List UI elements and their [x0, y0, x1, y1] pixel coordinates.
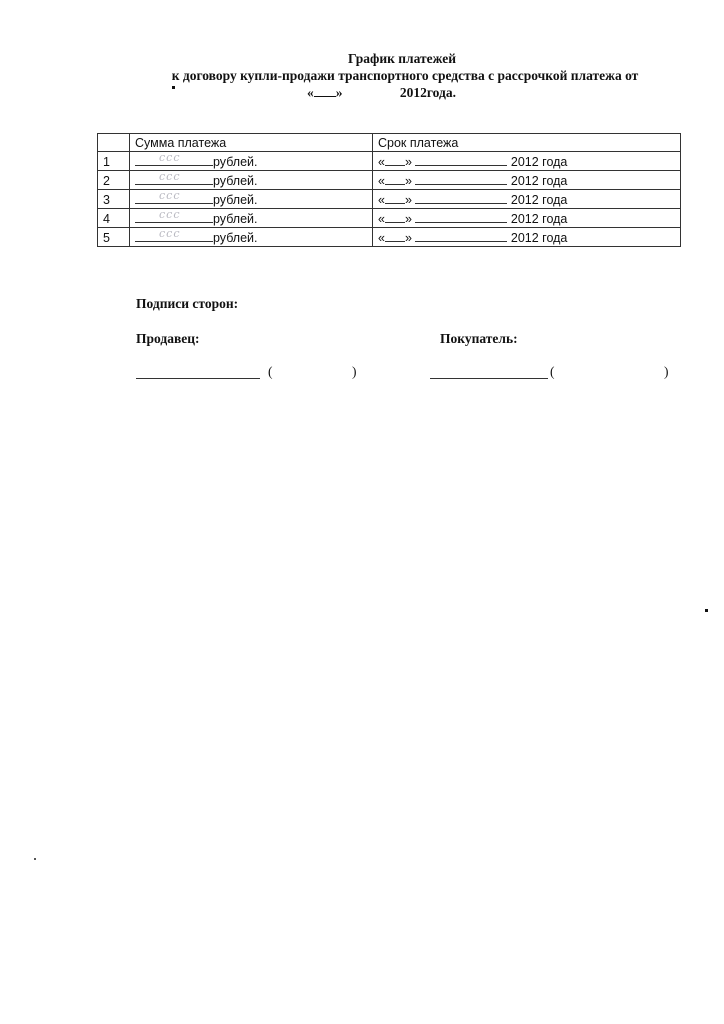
date-year: 2012 года	[511, 174, 568, 188]
table-row: 1cccрублей.«» 2012 года	[98, 152, 681, 171]
payment-amount-cell: cccрублей.	[130, 228, 373, 247]
day-blank	[385, 191, 405, 204]
day-blank	[314, 85, 336, 97]
row-number: 3	[98, 190, 130, 209]
payment-due-date-cell: «» 2012 года	[373, 228, 681, 247]
row-number: 2	[98, 171, 130, 190]
date-year: 2012 года	[511, 193, 568, 207]
buyer-label: Покупатель:	[440, 331, 518, 347]
amount-blank: ccc	[135, 191, 213, 204]
header-due-date: Срок платежа	[373, 134, 681, 152]
payment-due-date-cell: «» 2012 года	[373, 190, 681, 209]
date-open-quote: «	[378, 155, 385, 169]
day-blank	[385, 229, 405, 242]
table-header-row: Сумма платежа Срок платежа	[98, 134, 681, 152]
day-blank	[385, 210, 405, 223]
handwritten-amount: ccc	[159, 169, 180, 185]
document-subtitle: к договору купли-продажи транспортного с…	[43, 68, 724, 84]
table-row: 5cccрублей.«» 2012 года	[98, 228, 681, 247]
row-number: 5	[98, 228, 130, 247]
date-close-quote: »	[405, 231, 412, 245]
open-quote: «	[307, 85, 314, 100]
buyer-open-paren: (	[550, 364, 555, 380]
seller-label: Продавец:	[136, 331, 200, 347]
month-blank	[415, 229, 507, 242]
seller-signature-line	[136, 377, 260, 379]
day-blank	[385, 172, 405, 185]
date-close-quote: »	[405, 155, 412, 169]
month-blank	[415, 191, 507, 204]
table-row: 4cccрублей.«» 2012 года	[98, 209, 681, 228]
amount-blank: ccc	[135, 172, 213, 185]
payment-amount-cell: cccрублей.	[130, 209, 373, 228]
seller-close-paren: )	[352, 364, 357, 380]
payment-due-date-cell: «» 2012 года	[373, 171, 681, 190]
amount-blank: ccc	[135, 153, 213, 166]
handwritten-amount: ccc	[159, 188, 180, 204]
header-number	[98, 134, 130, 152]
table-row: 2cccрублей.«» 2012 года	[98, 171, 681, 190]
date-open-quote: «	[378, 174, 385, 188]
buyer-close-paren: )	[664, 364, 669, 380]
contract-year: 2012года.	[400, 85, 456, 100]
payment-due-date-cell: «» 2012 года	[373, 209, 681, 228]
payment-amount-cell: cccрублей.	[130, 171, 373, 190]
document-title: График платежей	[40, 51, 724, 67]
amount-blank: ccc	[135, 229, 213, 242]
date-year: 2012 года	[511, 231, 568, 245]
amount-currency: рублей.	[213, 174, 258, 188]
date-open-quote: «	[378, 193, 385, 207]
amount-blank: ccc	[135, 210, 213, 223]
close-quote: »	[336, 85, 343, 100]
amount-currency: рублей.	[213, 231, 258, 245]
date-year: 2012 года	[511, 212, 568, 226]
scan-speck	[705, 609, 708, 612]
amount-currency: рублей.	[213, 155, 258, 169]
payment-amount-cell: cccрублей.	[130, 190, 373, 209]
month-blank	[415, 153, 507, 166]
date-close-quote: »	[405, 174, 412, 188]
scan-speck	[34, 858, 36, 860]
scan-speck	[172, 86, 175, 89]
handwritten-amount: ccc	[159, 226, 180, 242]
signatures-heading: Подписи сторон:	[136, 296, 238, 312]
day-blank	[385, 153, 405, 166]
contract-date-line: «» 2012года.	[307, 85, 456, 101]
date-open-quote: «	[378, 212, 385, 226]
payment-due-date-cell: «» 2012 года	[373, 152, 681, 171]
seller-open-paren: (	[268, 364, 273, 380]
buyer-signature-line	[430, 377, 548, 379]
row-number: 4	[98, 209, 130, 228]
date-open-quote: «	[378, 231, 385, 245]
table-row: 3cccрублей.«» 2012 года	[98, 190, 681, 209]
handwritten-amount: ccc	[159, 207, 180, 223]
date-close-quote: »	[405, 212, 412, 226]
payment-amount-cell: cccрублей.	[130, 152, 373, 171]
amount-currency: рублей.	[213, 212, 258, 226]
amount-currency: рублей.	[213, 193, 258, 207]
header-amount: Сумма платежа	[130, 134, 373, 152]
payment-schedule-table: Сумма платежа Срок платежа 1cccрублей.«»…	[97, 133, 681, 247]
date-year: 2012 года	[511, 155, 568, 169]
date-close-quote: »	[405, 193, 412, 207]
handwritten-amount: ccc	[159, 150, 180, 166]
month-blank	[415, 210, 507, 223]
month-blank	[415, 172, 507, 185]
row-number: 1	[98, 152, 130, 171]
